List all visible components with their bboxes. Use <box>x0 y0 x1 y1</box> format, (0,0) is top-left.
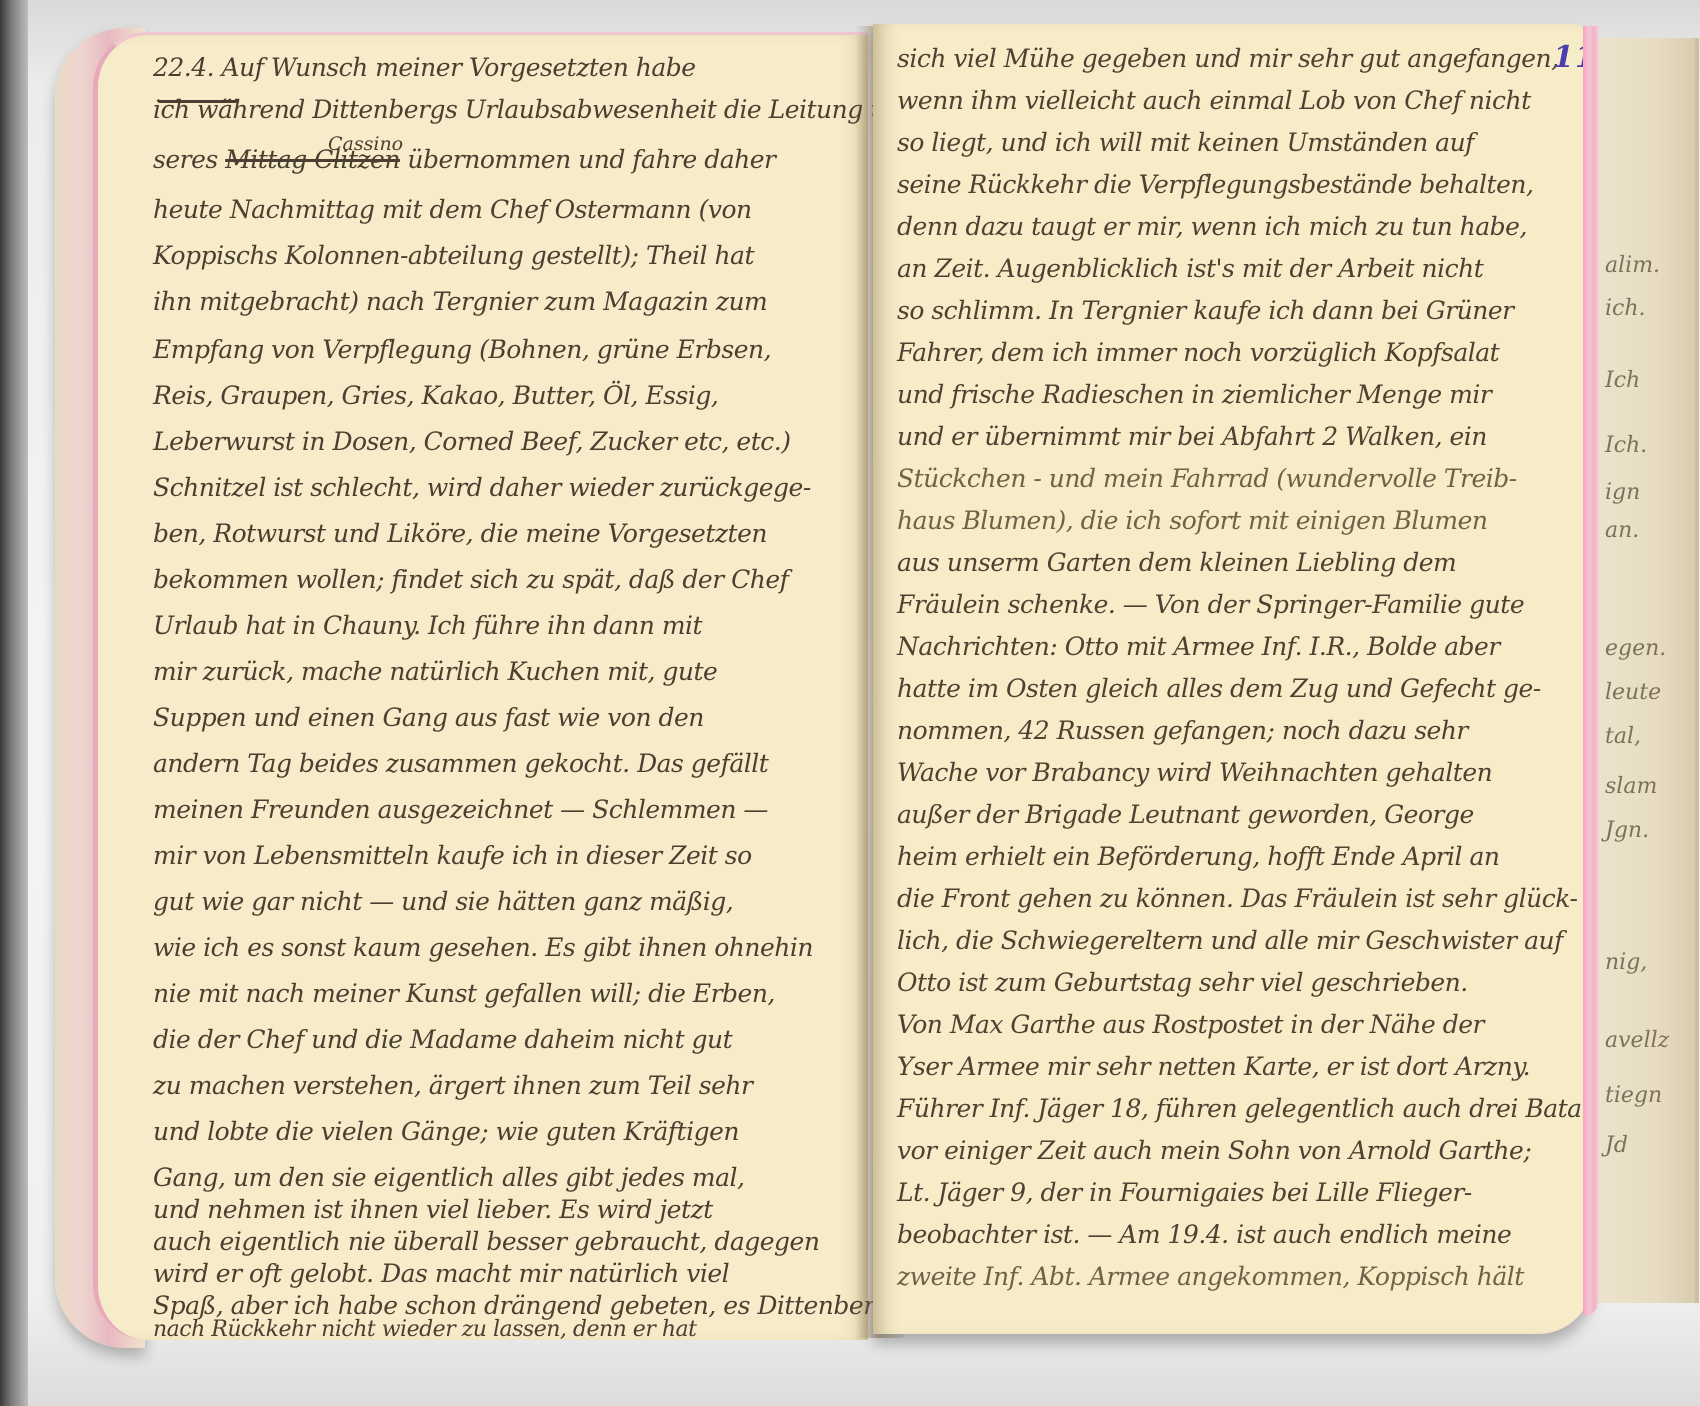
left-page-lines: 22.4. Auf Wunsch meiner Vorgesetzten hab… <box>98 35 868 1340</box>
handwritten-line: vor einiger Zeit auch mein Sohn von Arno… <box>897 1136 1531 1165</box>
handwritten-line: und lobte die vielen Gänge; wie guten Kr… <box>153 1117 739 1146</box>
handwritten-line: zu machen verstehen, ärgert ihnen zum Te… <box>153 1071 752 1100</box>
strip-fragment: Ich <box>1605 368 1640 393</box>
strip-fragment: leute <box>1605 680 1661 705</box>
strip-fragment: alim. <box>1605 253 1660 278</box>
strip-fragment: ich. <box>1605 296 1646 321</box>
handwritten-line: an Zeit. Augenblicklich ist's mit der Ar… <box>897 254 1483 283</box>
handwritten-line: Schnitzel ist schlecht, wird daher wiede… <box>153 473 811 502</box>
text-suffix: übernommen und fahre daher <box>400 145 776 174</box>
handwritten-line: denn dazu taugt er mir, wenn ich mich zu… <box>897 212 1527 241</box>
struck-through-text: Mittag Clitzen <box>225 145 400 174</box>
handwritten-line: ben, Rotwurst und Liköre, die meine Vorg… <box>153 519 767 548</box>
strip-fragment: Jgn. <box>1605 818 1649 843</box>
handwritten-line: heim erhielt ein Beförderung, hofft Ende… <box>897 842 1499 871</box>
handwritten-line: heute Nachmittag mit dem Chef Ostermann … <box>153 195 752 224</box>
handwritten-line: nommen, 42 Russen gefangen; noch dazu se… <box>897 716 1468 745</box>
handwritten-line: mir von Lebensmitteln kaufe ich in diese… <box>153 841 752 870</box>
next-page-strip: alim. ich. Ich Ich. ign an. egen. leute … <box>1599 38 1699 1303</box>
handwritten-line: außer der Brigade Leutnant geworden, Geo… <box>897 800 1474 829</box>
handwritten-line: Fahrer, dem ich immer noch vorzüglich Ko… <box>897 338 1499 367</box>
strip-fragment: Jd <box>1605 1133 1628 1158</box>
handwritten-line: gut wie gar nicht — und sie hätten ganz … <box>153 887 733 916</box>
handwritten-line: hatte im Osten gleich alles dem Zug und … <box>897 674 1541 703</box>
text-prefix: seres <box>153 145 225 174</box>
handwritten-line: seine Rückkehr die Verpflegungsbestände … <box>897 170 1533 199</box>
open-diary: Cassino 22.4. Auf Wunsch meiner Vorgeset… <box>55 18 1695 1368</box>
handwritten-line: Urlaub hat in Chauny. Ich führe ihn dann… <box>153 611 702 640</box>
handwritten-line: Von Max Garthe aus Rostpostet in der Näh… <box>897 1010 1484 1039</box>
handwritten-line: so liegt, und ich will mit keinen Umstän… <box>897 128 1474 157</box>
strip-fragment: avellz <box>1605 1028 1669 1053</box>
handwritten-line: Otto ist zum Geburtstag sehr viel geschr… <box>897 968 1468 997</box>
handwritten-line: Führer Inf. Jäger 18, führen gelegentlic… <box>897 1094 1648 1123</box>
handwritten-line: 22.4. Auf Wunsch meiner Vorgesetzten hab… <box>153 53 696 82</box>
handwritten-line: Leberwurst in Dosen, Corned Beef, Zucker… <box>153 427 790 456</box>
handwritten-line: Lt. Jäger 9, der in Fournigaies bei Lill… <box>897 1178 1472 1207</box>
handwritten-line: Nachrichten: Otto mit Armee Inf. I.R., B… <box>897 632 1500 661</box>
handwritten-line: Stückchen - und mein Fahrrad (wundervoll… <box>897 464 1517 493</box>
right-page-lines: sich viel Mühe gegeben und mir sehr gut … <box>873 24 1593 1334</box>
handwritten-line: andern Tag beides zusammen gekocht. Das … <box>153 749 768 778</box>
handwritten-line: bekommen wollen; findet sich zu spät, da… <box>153 565 788 594</box>
handwritten-line: Empfang von Verpflegung (Bohnen, grüne E… <box>153 335 771 364</box>
scanner-edge <box>0 0 28 1406</box>
handwritten-line: haus Blumen), die ich sofort mit einigen… <box>897 506 1488 535</box>
left-page: Cassino 22.4. Auf Wunsch meiner Vorgeset… <box>93 32 868 1340</box>
strip-fragment: nig, <box>1605 950 1647 975</box>
strip-fragment: ign <box>1605 480 1640 505</box>
handwritten-line: und frische Radieschen in ziemlicher Men… <box>897 380 1491 409</box>
strip-fragment: egen. <box>1605 636 1666 661</box>
handwritten-line: nie mit nach meiner Kunst gefallen will;… <box>153 979 775 1008</box>
handwritten-line: so schlimm. In Tergnier kaufe ich dann b… <box>897 296 1514 325</box>
handwritten-line: Yser Armee mir sehr netten Karte, er ist… <box>897 1052 1530 1081</box>
handwritten-line: wenn ihm vielleicht auch einmal Lob von … <box>897 86 1531 115</box>
handwritten-line: wird er oft gelobt. Das macht mir natürl… <box>153 1259 729 1288</box>
handwritten-line: ihn mitgebracht) nach Tergnier zum Magaz… <box>153 287 767 316</box>
handwritten-line: Wache vor Brabancy wird Weihnachten geha… <box>897 758 1492 787</box>
handwritten-line: Koppischs Kolonnen-abteilung gestellt); … <box>153 241 754 270</box>
handwritten-line: Gang, um den sie eigentlich alles gibt j… <box>153 1163 744 1192</box>
handwritten-line: die der Chef und die Madame daheim nicht… <box>153 1025 732 1054</box>
handwritten-line: Fräulein schenke. — Von der Springer-Fam… <box>897 590 1524 619</box>
handwritten-line: die Front gehen zu können. Das Fräulein … <box>897 884 1577 913</box>
handwritten-line: auch eigentlich nie überall besser gebra… <box>153 1227 819 1256</box>
handwritten-line: sich viel Mühe gegeben und mir sehr gut … <box>897 44 1559 73</box>
handwritten-line: und nehmen ist ihnen viel lieber. Es wir… <box>153 1195 713 1224</box>
right-page: sich viel Mühe gegeben und mir sehr gut … <box>873 24 1593 1334</box>
right-page-edge <box>1583 26 1599 1316</box>
strip-fragment: an. <box>1605 518 1639 543</box>
handwritten-line: wie ich es sonst kaum gesehen. Es gibt i… <box>153 933 813 962</box>
handwritten-line: aus unserm Garten dem kleinen Liebling d… <box>897 548 1456 577</box>
handwritten-line: meinen Freunden ausgezeichnet — Schlemme… <box>153 795 768 824</box>
handwritten-line: nach Rückkehr nicht wieder zu lassen, de… <box>153 1317 696 1342</box>
handwritten-line: lich, die Schwiegereltern und alle mir G… <box>897 926 1563 955</box>
strip-fragment: tal, <box>1605 724 1641 749</box>
handwritten-line: seres Mittag Clitzen übernommen und fahr… <box>153 145 776 174</box>
handwritten-line: Suppen und einen Gang aus fast wie von d… <box>153 703 704 732</box>
handwritten-line: und er übernimmt mir bei Abfahrt 2 Walke… <box>897 422 1487 451</box>
handwritten-line: zweite Inf. Abt. Armee angekommen, Koppi… <box>897 1262 1524 1291</box>
strip-fragment: slam <box>1605 774 1657 799</box>
strip-fragment: Ich. <box>1605 433 1647 458</box>
handwritten-line: Spaß, aber ich habe schon drängend gebet… <box>153 1291 890 1320</box>
strip-fragment: tiegn <box>1605 1083 1662 1108</box>
handwritten-line: mir zurück, mache natürlich Kuchen mit, … <box>153 657 717 686</box>
handwritten-line: beobachter ist. — Am 19.4. ist auch endl… <box>897 1220 1511 1249</box>
handwritten-line: Reis, Graupen, Gries, Kakao, Butter, Öl,… <box>153 381 718 410</box>
handwritten-line: ich während Dittenbergs Urlaubsabwesenhe… <box>153 95 909 124</box>
